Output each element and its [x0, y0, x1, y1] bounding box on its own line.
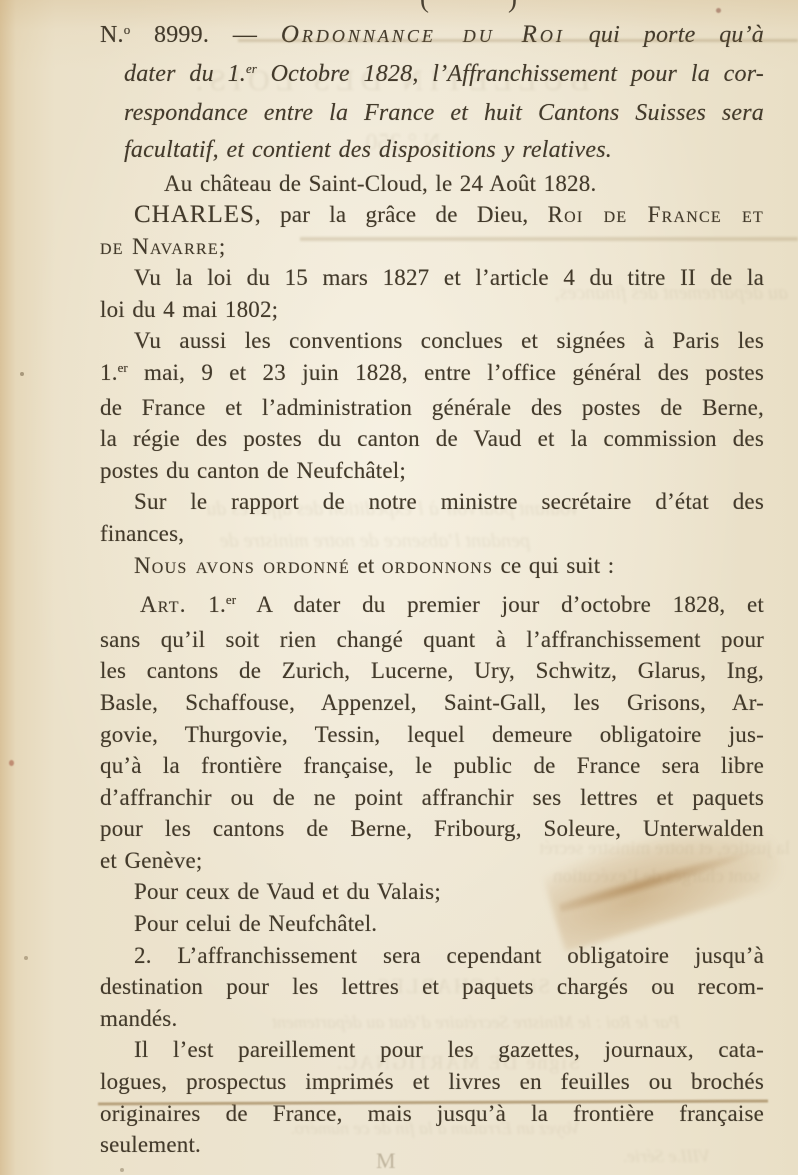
body-line: loi du 4 mai 1802; — [100, 294, 764, 326]
dash-separator: — — [209, 22, 281, 48]
ordinance-title-lead: Ordonnance du Roi — [281, 21, 565, 48]
body-line: Il l’est pareillement pour les gazettes,… — [100, 1034, 764, 1066]
paper-speck — [9, 760, 14, 766]
paper-speck — [24, 956, 28, 960]
scanned-document-page: ( ) BULLETIN DES LOIS. N.° 250. au dépar… — [0, 0, 798, 1175]
article-2-line: 2. L’affranchissement sera cependant obl… — [100, 940, 764, 972]
body-line: destination pour les lettres et paquets … — [100, 971, 764, 1003]
body-line: Vu aussi les conventions conclues et sig… — [100, 325, 764, 357]
royal-style: de Navarre — [100, 234, 219, 259]
body-line: les cantons de Zurich, Lucerne, Ury, Sch… — [100, 655, 764, 687]
heading-line: N.o 8999. — Ordonnance du Roi qui porte … — [100, 16, 764, 56]
ordinal-superscript: o — [124, 22, 131, 37]
heading-line: dater du 1.er Octobre 1828, l’Affranchis… — [100, 56, 764, 95]
body-line: seulement. — [100, 1129, 764, 1161]
body-line: mandés. — [100, 1003, 764, 1035]
ordinal-superscript: er — [118, 360, 128, 375]
ordinance-body: CHARLES, par la grâce de Dieu, Roi de Fr… — [100, 199, 764, 1161]
body-line: finances, — [100, 518, 764, 550]
heading-line: facultatif, et contient des dispositions… — [100, 132, 764, 169]
dateline: Au château de Saint-Cloud, le 24 Août 18… — [100, 169, 764, 199]
paper-speck — [120, 1168, 124, 1172]
body-line: d’affranchir ou de ne point affranchir s… — [100, 782, 764, 814]
body-line: logues, prospectus imprimés et livres en… — [100, 1066, 764, 1098]
page-number-fragment-open: ( — [420, 0, 429, 14]
ordinance-number: N.o 8999. — [100, 22, 209, 48]
royal-name: CHARLES — [134, 201, 255, 228]
body-line: govie, Thurgovie, Tessin, lequel demeure… — [100, 719, 764, 751]
body-line: Vu la loi du 15 mars 1827 et l’article 4… — [100, 262, 764, 294]
page-number-fragment-close: ) — [508, 0, 517, 14]
body-line: la régie des postes du canton de Vaud et… — [100, 423, 764, 455]
body-line: 1.er mai, 9 et 23 juin 1828, entre l’off… — [100, 357, 764, 392]
ordinance-title-text: qui porte qu’à — [565, 22, 764, 48]
heading-line: respondance entre la France et huit Cant… — [100, 95, 764, 132]
enacting-formula: Nous avons ordonné et ordonnons ce qui s… — [100, 550, 764, 582]
ordinal-superscript: er — [226, 592, 236, 607]
royal-style: Roi de France et — [548, 202, 764, 227]
article-label: Art. — [140, 592, 187, 617]
text-column: N.o 8999. — Ordonnance du Roi qui porte … — [100, 16, 764, 1161]
body-line: de Navarre; — [100, 231, 764, 263]
body-line: de France et l’administration générale d… — [100, 392, 764, 424]
body-line: postes du canton de Neufchâtel; — [100, 455, 764, 487]
ink-smudge-rule — [300, 237, 798, 241]
ink-smudge-rule — [238, 39, 798, 42]
ordinal-superscript: er — [246, 61, 257, 76]
body-line: Basle, Schaffouse, Appenzel, Saint-Gall,… — [100, 687, 764, 719]
paper-speck — [20, 372, 24, 376]
paper-speck — [716, 8, 721, 13]
article-1-line: Art. 1.er A dater du premier jour d’octo… — [100, 589, 764, 624]
body-line: Sur le rapport de notre ministre secréta… — [100, 486, 764, 518]
body-line: CHARLES, par la grâce de Dieu, Roi de Fr… — [100, 199, 764, 231]
body-line: sans qu’il soit rien changé quant à l’af… — [100, 624, 764, 656]
body-line: qu’à la frontière française, le public d… — [100, 750, 764, 782]
press-signature-mark: M — [376, 1148, 396, 1174]
